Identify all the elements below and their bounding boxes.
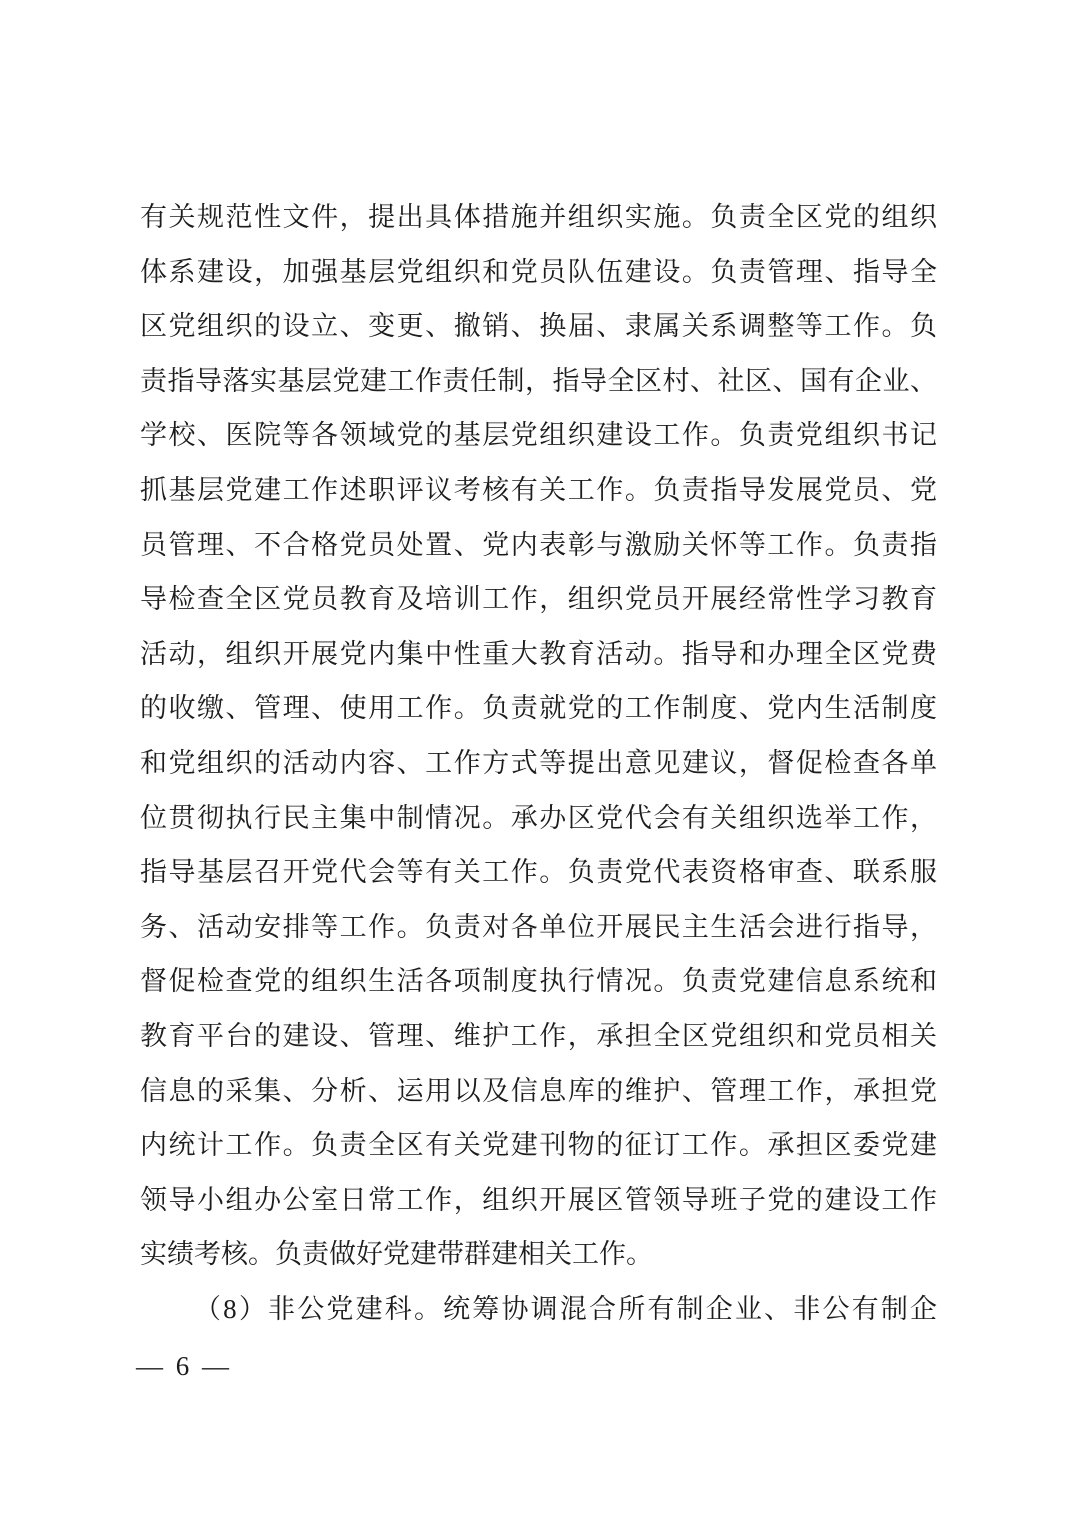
text-line: 责指导落实基层党建工作责任制，指导全区村、社区、国有企业、 [140, 354, 937, 409]
text-line: 指导基层召开党代会等有关工作。负责党代表资格审查、联系服 [140, 845, 937, 900]
text-line: 和党组织的活动内容、工作方式等提出意见建议，督促检查各单 [140, 736, 937, 791]
text-line: 区党组织的设立、变更、撤销、换届、隶属关系调整等工作。负 [140, 299, 937, 354]
text-line: 员管理、不合格党员处置、党内表彰与激励关怀等工作。负责指 [140, 518, 937, 573]
text-line: 活动，组织开展党内集中性重大教育活动。指导和办理全区党费 [140, 627, 937, 682]
text-line: （8）非公党建科。统筹协调混合所有制企业、非公有制企 [140, 1282, 937, 1337]
text-line: 有关规范性文件，提出具体措施并组织实施。负责全区党的组织 [140, 190, 937, 245]
text-line: 务、活动安排等工作。负责对各单位开展民主生活会进行指导， [140, 900, 937, 955]
text-line: 领导小组办公室日常工作，组织开展区管领导班子党的建设工作 [140, 1173, 937, 1228]
paragraph: 有关规范性文件，提出具体措施并组织实施。负责全区党的组织体系建设，加强基层党组织… [140, 190, 937, 1282]
text-line: 体系建设，加强基层党组织和党员队伍建设。负责管理、指导全 [140, 245, 937, 300]
page-number: — 6 — [136, 1348, 232, 1384]
text-line: 内统计工作。负责全区有关党建刊物的征订工作。承担区委党建 [140, 1118, 937, 1173]
text-line: 抓基层党建工作述职评议考核有关工作。负责指导发展党员、党 [140, 463, 937, 518]
text-line: 督促检查党的组织生活各项制度执行情况。负责党建信息系统和 [140, 954, 937, 1009]
body-text: 有关规范性文件，提出具体措施并组织实施。负责全区党的组织体系建设，加强基层党组织… [140, 190, 937, 1336]
paragraph: （8）非公党建科。统筹协调混合所有制企业、非公有制企 [140, 1282, 937, 1337]
text-line: 的收缴、管理、使用工作。负责就党的工作制度、党内生活制度 [140, 681, 937, 736]
text-line: 导检查全区党员教育及培训工作，组织党员开展经常性学习教育 [140, 572, 937, 627]
text-line: 位贯彻执行民主集中制情况。承办区党代会有关组织选举工作， [140, 791, 937, 846]
document-page: 有关规范性文件，提出具体措施并组织实施。负责全区党的组织体系建设，加强基层党组织… [0, 0, 1074, 1520]
text-line: 教育平台的建设、管理、维护工作，承担全区党组织和党员相关 [140, 1009, 937, 1064]
text-line: 信息的采集、分析、运用以及信息库的维护、管理工作，承担党 [140, 1064, 937, 1119]
text-line: 学校、医院等各领域党的基层党组织建设工作。负责党组织书记 [140, 408, 937, 463]
text-line: 实绩考核。负责做好党建带群建相关工作。 [140, 1227, 937, 1282]
